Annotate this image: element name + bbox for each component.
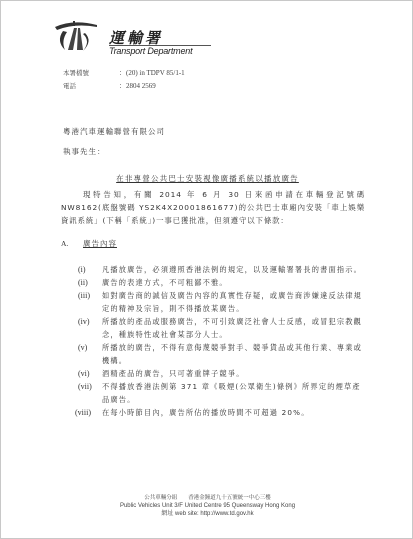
letter-subject: 在非專營公共巴士安裝視像廣播系統以播放廣告 <box>1 173 413 184</box>
item-text: 所播放的產品或服務廣告，不可引致廣泛社會人士反感，或冒犯宗教觀念，種族特性或社會… <box>102 315 368 341</box>
item-text: 如對廣告商的誠信及廣告內容的真實性存疑，或廣告商涉嫌違反法律規定的精神及宗旨，則… <box>102 289 368 315</box>
list-item: (iii)如對廣告商的誠信及廣告內容的真實性存疑，或廣告商涉嫌違反法律規定的精神… <box>78 289 368 315</box>
list-item: (ii)廣告的表達方式，不可粗鄙不雅。 <box>78 276 368 289</box>
section-title: 廣告內容 <box>83 239 117 248</box>
recipient: 粵港汽車運輸聯營有限公司 <box>63 126 165 137</box>
item-number: (viii) <box>75 406 99 419</box>
item-number: (iv) <box>78 315 102 341</box>
item-number: (v) <box>78 341 102 367</box>
body-paragraph: 現特告知，有關 2014 年 6 月 30 日來函申請在車輛登記號碼 NW816… <box>61 188 365 227</box>
item-number: (vi) <box>78 367 102 380</box>
footer-address-english: Public Vehicles Unit 3/F United Centre 9… <box>1 502 413 510</box>
item-text: 酒精產品的廣告，只可著重牌子競爭。 <box>102 367 368 380</box>
reference-line: 本署檔號：(20) in TDPV 85/1-1 <box>63 68 185 78</box>
section-heading: A.廣告內容 <box>61 238 117 249</box>
list-item: (vi)酒精產品的廣告，只可著重牌子競爭。 <box>78 367 368 380</box>
item-text: 所播放的廣告，不得有意侮蔑競爭對手、競爭貨品或其他行業、專業或機構。 <box>102 341 368 367</box>
department-name-english: Transport Department <box>109 46 192 56</box>
item-text: 凡播放廣告，必須遵照香港法例的規定，以及運輸署署長的書面指示。 <box>102 263 368 276</box>
item-number: (ii) <box>78 276 102 289</box>
list-item: (v)所播放的廣告，不得有意侮蔑競爭對手、競爭貨品或其他行業、專業或機構。 <box>78 341 368 367</box>
item-number: (i) <box>78 263 102 276</box>
item-number: (iii) <box>78 289 102 315</box>
item-text: 在每小時節目內，廣告所佔的播放時間不可超過 20%。 <box>102 406 368 419</box>
conditions-list: (i)凡播放廣告，必須遵照香港法例的規定，以及運輸署署長的書面指示。 (ii)廣… <box>78 263 368 419</box>
telephone-value: ：2804 2569 <box>119 82 156 90</box>
reference-label: 本署檔號 <box>63 68 119 77</box>
footer-website: 網址 web site: http://www.td.gov.hk <box>1 510 413 518</box>
letter-footer: 公共車輛分組 香港金鐘道九十五號統一中心三樓 Public Vehicles U… <box>1 494 413 518</box>
footer-address-chinese: 公共車輛分組 香港金鐘道九十五號統一中心三樓 <box>1 494 413 502</box>
section-letter: A. <box>61 239 83 248</box>
list-item: (i)凡播放廣告，必須遵照香港法例的規定，以及運輸署署長的書面指示。 <box>78 263 368 276</box>
document-page: 運輸署 Transport Department 本署檔號：(20) in TD… <box>0 0 413 539</box>
telephone-line: 電話：2804 2569 <box>63 81 156 91</box>
list-item: (vii)不得播放香港法例第 371 章《吸煙(公眾衛生)條例》所界定的煙草產品… <box>78 380 368 406</box>
item-text: 不得播放香港法例第 371 章《吸煙(公眾衛生)條例》所界定的煙草產品廣告。 <box>102 380 368 406</box>
item-number: (vii) <box>78 380 102 406</box>
list-item: (viii)在每小時節目內，廣告所佔的播放時間不可超過 20%。 <box>78 406 368 419</box>
reference-value: ：(20) in TDPV 85/1-1 <box>119 69 185 77</box>
telephone-label: 電話 <box>63 81 119 90</box>
salutation: 執事先生： <box>63 146 106 157</box>
item-text: 廣告的表達方式，不可粗鄙不雅。 <box>102 276 368 289</box>
list-item: (iv)所播放的產品或服務廣告，不可引致廣泛社會人士反感，或冒犯宗教觀念，種族特… <box>78 315 368 341</box>
transport-department-logo-icon <box>53 17 99 53</box>
